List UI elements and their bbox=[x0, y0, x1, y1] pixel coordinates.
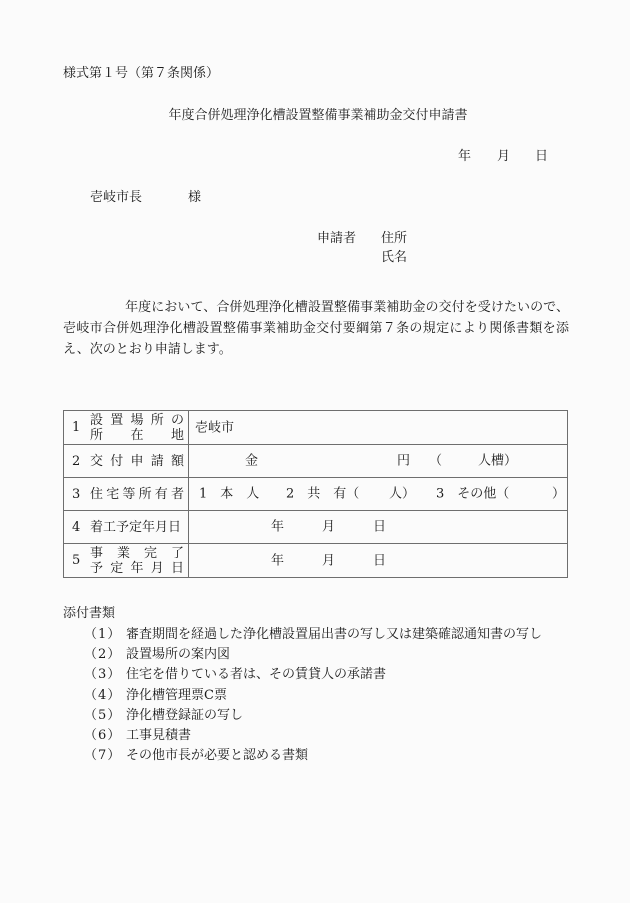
start-month-label: 月 bbox=[322, 520, 335, 535]
label-cell-completion-date: 5 事業完了 予定年月日 bbox=[64, 544, 189, 578]
attachment-item: （2）設置場所の案内図 bbox=[84, 647, 230, 663]
row-number: 4 bbox=[64, 520, 90, 535]
label-line-1: 設置場所の bbox=[90, 413, 184, 428]
label-amount: 交付申請額 bbox=[90, 454, 188, 469]
table-row-location: 1 設置場所の 所在地 壱岐市 bbox=[64, 411, 568, 445]
attachment-item: （5）浄化槽登録証の写し bbox=[84, 708, 243, 724]
label-cell-amount: 2 交付申請額 bbox=[64, 445, 189, 478]
table-row-amount: 2 交付申請額 金 円 （ 人槽） bbox=[64, 445, 568, 478]
other-close-paren: ） bbox=[552, 487, 565, 502]
co-owner-count-suffix: 人） bbox=[389, 487, 415, 502]
owner-option-3[interactable]: 3 その他（ bbox=[436, 487, 509, 502]
applicant-address-label: 住所 bbox=[381, 231, 407, 247]
tank-capacity-suffix: 人槽） bbox=[478, 454, 517, 469]
attachment-item: （6）工事見積書 bbox=[84, 728, 191, 744]
row-number: 3 bbox=[64, 487, 90, 502]
date-day-label: 日 bbox=[535, 149, 548, 165]
completion-month-label: 月 bbox=[322, 553, 335, 568]
row-number: 1 bbox=[64, 420, 90, 435]
start-year-label: 年 bbox=[271, 520, 284, 535]
label-owner: 住宅等所有者 bbox=[90, 487, 188, 502]
applicant-name-label: 氏名 bbox=[381, 250, 407, 266]
date-year-label: 年 bbox=[458, 149, 471, 165]
completion-date-field[interactable]: 年 月 日 bbox=[189, 544, 568, 578]
label-line-2: 所在地 bbox=[90, 428, 184, 443]
addressee: 壱岐市長様 bbox=[90, 190, 201, 206]
completion-day-label: 日 bbox=[373, 553, 386, 568]
attachments-heading: 添付書類 bbox=[63, 606, 115, 622]
applicant-label: 申請者 bbox=[317, 231, 356, 247]
table-row-start-date: 4 着工予定年月日 年 月 日 bbox=[64, 511, 568, 544]
amount-field[interactable]: 金 円 （ 人槽） bbox=[189, 445, 568, 478]
attachment-item: （1）審査期間を経過した浄化槽設置届出書の写し又は建築確認通知書の写し bbox=[84, 627, 542, 643]
label-cell-start-date: 4 着工予定年月日 bbox=[64, 511, 189, 544]
table-row-owner: 3 住宅等所有者 1 本 人 2 共 有（ 人） 3 その他（ ） bbox=[64, 478, 568, 511]
attachment-item: （3）住宅を借りている者は、その賃貸人の承諾書 bbox=[84, 667, 386, 683]
application-statement: 年度において、合併処理浄化槽設置整備事業補助金の交付を受けたいので、壱岐市合併処… bbox=[63, 297, 569, 360]
start-date-field[interactable]: 年 月 日 bbox=[189, 511, 568, 544]
label-start-date: 着工予定年月日 bbox=[90, 520, 188, 535]
application-details-table: 1 設置場所の 所在地 壱岐市 2 交付申請額 bbox=[63, 410, 568, 578]
label-line-2: 予定年月日 bbox=[90, 561, 184, 576]
attachment-item: （7）その他市長が必要と認める書類 bbox=[84, 748, 308, 764]
owner-option-1[interactable]: 1 本 人 bbox=[199, 487, 259, 502]
attachment-item: （4）浄化槽管理票C票 bbox=[84, 688, 227, 704]
amount-prefix: 金 bbox=[245, 454, 258, 469]
application-date: 年月日 bbox=[458, 149, 548, 165]
addressee-honorific: 様 bbox=[188, 190, 201, 205]
label-cell-owner: 3 住宅等所有者 bbox=[64, 478, 189, 511]
owner-options: 1 本 人 2 共 有（ 人） 3 その他（ ） bbox=[189, 478, 568, 511]
table-row-completion-date: 5 事業完了 予定年月日 年 月 日 bbox=[64, 544, 568, 578]
row-number: 5 bbox=[64, 553, 90, 568]
location-value: 壱岐市 bbox=[195, 420, 234, 435]
row-number: 2 bbox=[64, 454, 90, 469]
completion-year-label: 年 bbox=[271, 553, 284, 568]
label-cell-location: 1 設置場所の 所在地 bbox=[64, 411, 189, 445]
label-line-1: 事業完了 bbox=[90, 546, 184, 561]
amount-unit: 円 bbox=[397, 454, 410, 469]
statement-text: 年度において、合併処理浄化槽設置整備事業補助金の交付を受けたいので、壱岐市合併処… bbox=[63, 300, 569, 357]
form-number: 様式第１号（第７条関係） bbox=[63, 66, 219, 82]
document-title: 年度合併処理浄化槽設置整備事業補助金交付申請書 bbox=[0, 108, 630, 124]
start-day-label: 日 bbox=[373, 520, 386, 535]
addressee-name: 壱岐市長 bbox=[90, 190, 142, 205]
date-month-label: 月 bbox=[497, 149, 510, 165]
owner-option-2[interactable]: 2 共 有（ bbox=[286, 487, 359, 502]
location-field[interactable]: 壱岐市 bbox=[189, 411, 568, 445]
tank-open-paren: （ bbox=[429, 454, 442, 469]
